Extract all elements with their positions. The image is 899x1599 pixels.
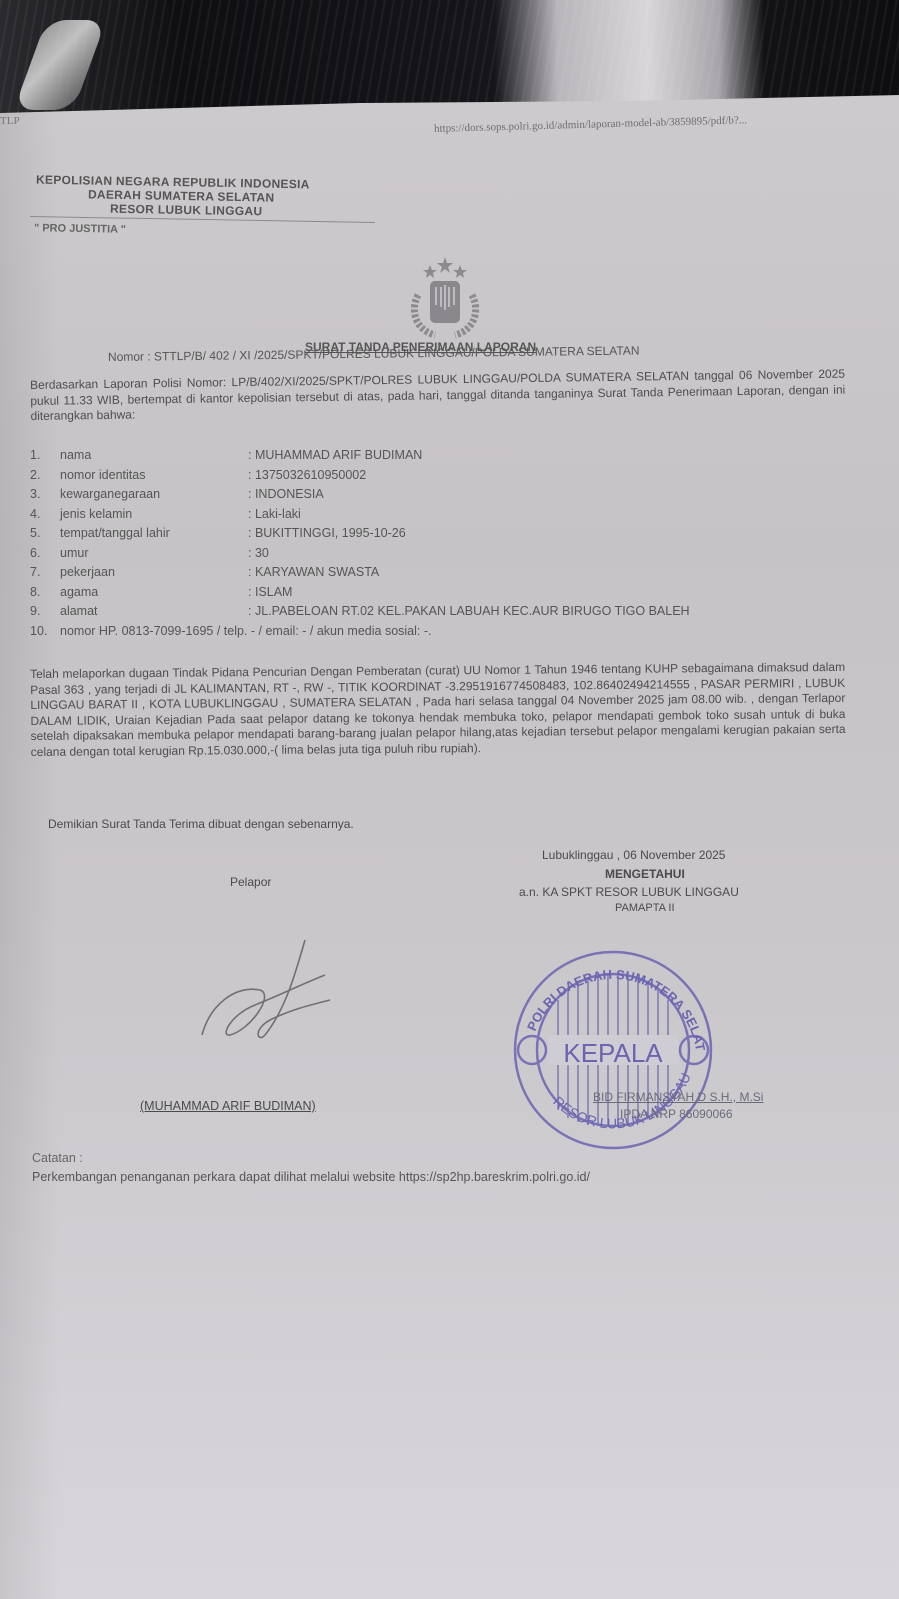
notes-text: Perkembangan penanganan perkara dapat di… (32, 1170, 590, 1184)
fabric-fold (14, 20, 107, 110)
field-label: nomor identitas (60, 468, 145, 482)
officer-name: BID FIRMANSYAH D S.H., M.Si (593, 1090, 763, 1104)
field-value: : Laki-laki (248, 507, 301, 521)
place-date: Lubuklinggau , 06 November 2025 (542, 848, 725, 862)
field-number: 2. (30, 468, 54, 482)
field-number: 10. (30, 624, 54, 638)
header-line-3: RESOR LUBUK LINGGAU (110, 202, 263, 219)
field-label: kewarganegaraan (60, 487, 160, 501)
field-row: 3.kewarganegaraan: INDONESIA (30, 487, 850, 507)
field-value: : 1375032610950002 (248, 468, 366, 482)
on-behalf-label: a.n. KA SPKT RESOR LUBUK LINGGAU (519, 885, 739, 899)
field-row: 1.nama: MUHAMMAD ARIF BUDIMAN (30, 448, 850, 468)
field-row: 10.nomor HP. 0813-7099-1695 / telp. - / … (30, 624, 850, 644)
stamp-center-text: KEPALA (563, 1038, 663, 1068)
report-paragraph: Telah melaporkan dugaan Tindak Pidana Pe… (30, 660, 846, 760)
field-label: jenis kelamin (60, 507, 132, 521)
field-number: 1. (30, 448, 54, 462)
reporter-fields: 1.nama: MUHAMMAD ARIF BUDIMAN2.nomor ide… (30, 448, 850, 643)
notes-label: Catatan : (32, 1151, 83, 1165)
pamapta-label: PAMAPTA II (615, 902, 675, 914)
field-row: 9.alamat: JL.PABELOAN RT.02 KEL.PAKAN LA… (30, 604, 850, 624)
pro-justitia: " PRO JUSTITIA " (34, 222, 126, 236)
reporter-name: (MUHAMMAD ARIF BUDIMAN) (140, 1099, 316, 1113)
field-row: 2.nomor identitas: 1375032610950002 (30, 468, 850, 488)
field-row: 4.jenis kelamin: Laki-laki (30, 507, 850, 527)
police-emblem-icon (400, 255, 490, 340)
field-value: : BUKITTINGGI, 1995-10-26 (248, 526, 406, 540)
field-value: : 30 (248, 546, 269, 560)
field-label: nama (60, 448, 91, 462)
field-value: : ISLAM (248, 585, 292, 599)
reporter-signature-icon (190, 935, 340, 1045)
field-number: 5. (30, 526, 54, 540)
officer-nrp: IPDA NRP 86090066 (620, 1107, 733, 1121)
field-value: : KARYAWAN SWASTA (248, 565, 379, 579)
field-row: 6.umur: 30 (30, 546, 850, 566)
closing-statement: Demikian Surat Tanda Terima dibuat denga… (48, 817, 354, 831)
field-number: 3. (30, 487, 54, 501)
document-number: Nomor : STTLP/B/ 402 / XI /2025/SPKT/POL… (108, 344, 640, 364)
field-label: umur (60, 546, 88, 560)
field-label: alamat (60, 604, 98, 618)
field-number: 8. (30, 585, 54, 599)
field-row: 7.pekerjaan: KARYAWAN SWASTA (30, 565, 850, 585)
official-stamp-icon: KEPALA POLRI DAERAH SUMATERA SELATAN RES… (508, 950, 728, 1160)
field-label: tempat/tanggal lahir (60, 526, 170, 540)
paper-shadow (0, 95, 60, 1599)
document-paper: TLP https://dors.sops.polri.go.id/admin/… (0, 95, 899, 1599)
field-number: 4. (30, 507, 54, 521)
field-row: 8.agama: ISLAM (30, 585, 850, 605)
field-value: : JL.PABELOAN RT.02 KEL.PAKAN LABUAH KEC… (248, 604, 690, 618)
field-label: agama (60, 585, 98, 599)
intro-paragraph: Berdasarkan Laporan Polisi Nomor: LP/B/4… (30, 367, 846, 425)
tlp-label: TLP (0, 115, 20, 127)
source-url: https://dors.sops.polri.go.id/admin/lapo… (434, 114, 747, 135)
field-value: : INDONESIA (248, 487, 324, 501)
field-number: 9. (30, 604, 54, 618)
reporter-label: Pelapor (230, 875, 271, 889)
field-label: pekerjaan (60, 565, 115, 579)
field-number: 7. (30, 565, 54, 579)
field-row: 5.tempat/tanggal lahir: BUKITTINGGI, 199… (30, 526, 850, 546)
field-number: 6. (30, 546, 54, 560)
field-label: nomor HP. 0813-7099-1695 / telp. - / ema… (60, 624, 431, 638)
mengetahui-label: MENGETAHUI (605, 867, 685, 881)
field-value: : MUHAMMAD ARIF BUDIMAN (248, 448, 422, 462)
